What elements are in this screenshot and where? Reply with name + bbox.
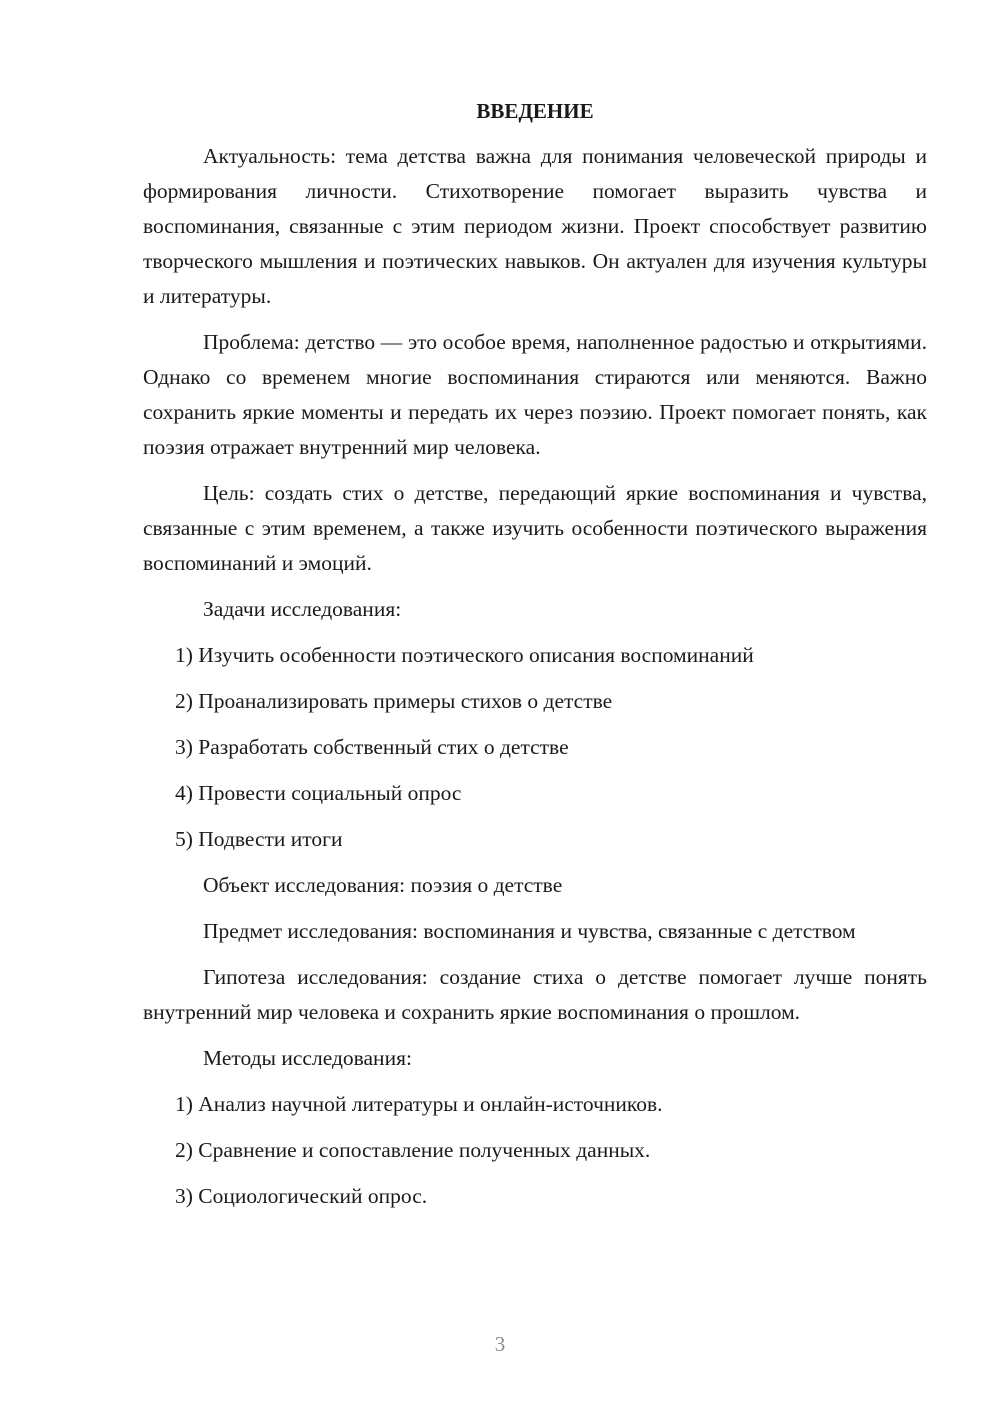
list-item: 3) Разработать собственный стих о детств…: [143, 730, 927, 765]
methods-list: 1) Анализ научной литературы и онлайн-ис…: [143, 1087, 927, 1214]
list-item: 5) Подвести итоги: [143, 822, 927, 857]
methods-heading: Методы исследования:: [143, 1041, 927, 1076]
goal-paragraph: Цель: создать стих о детстве, передающий…: [143, 476, 927, 581]
list-item: 2) Сравнение и сопоставление полученных …: [143, 1133, 927, 1168]
list-item: 1) Изучить особенности поэтического опис…: [143, 638, 927, 673]
document-page: ВВЕДЕНИЕ Актуальность: тема детства важн…: [143, 94, 927, 1225]
section-title: ВВЕДЕНИЕ: [143, 94, 927, 129]
hypothesis-paragraph: Гипотеза исследования: создание стиха о …: [143, 960, 927, 1030]
list-item: 4) Провести социальный опрос: [143, 776, 927, 811]
tasks-list: 1) Изучить особенности поэтического опис…: [143, 638, 927, 857]
list-item: 1) Анализ научной литературы и онлайн-ис…: [143, 1087, 927, 1122]
problem-paragraph: Проблема: детство — это особое время, на…: [143, 325, 927, 465]
list-item: 2) Проанализировать примеры стихов о дет…: [143, 684, 927, 719]
list-item: 3) Социологический опрос.: [143, 1179, 927, 1214]
subject-paragraph: Предмет исследования: воспоминания и чув…: [143, 914, 927, 949]
object-paragraph: Объект исследования: поэзия о детстве: [143, 868, 927, 903]
tasks-heading: Задачи исследования:: [143, 592, 927, 627]
relevance-paragraph: Актуальность: тема детства важна для пон…: [143, 139, 927, 314]
page-number: 3: [0, 1332, 1000, 1357]
